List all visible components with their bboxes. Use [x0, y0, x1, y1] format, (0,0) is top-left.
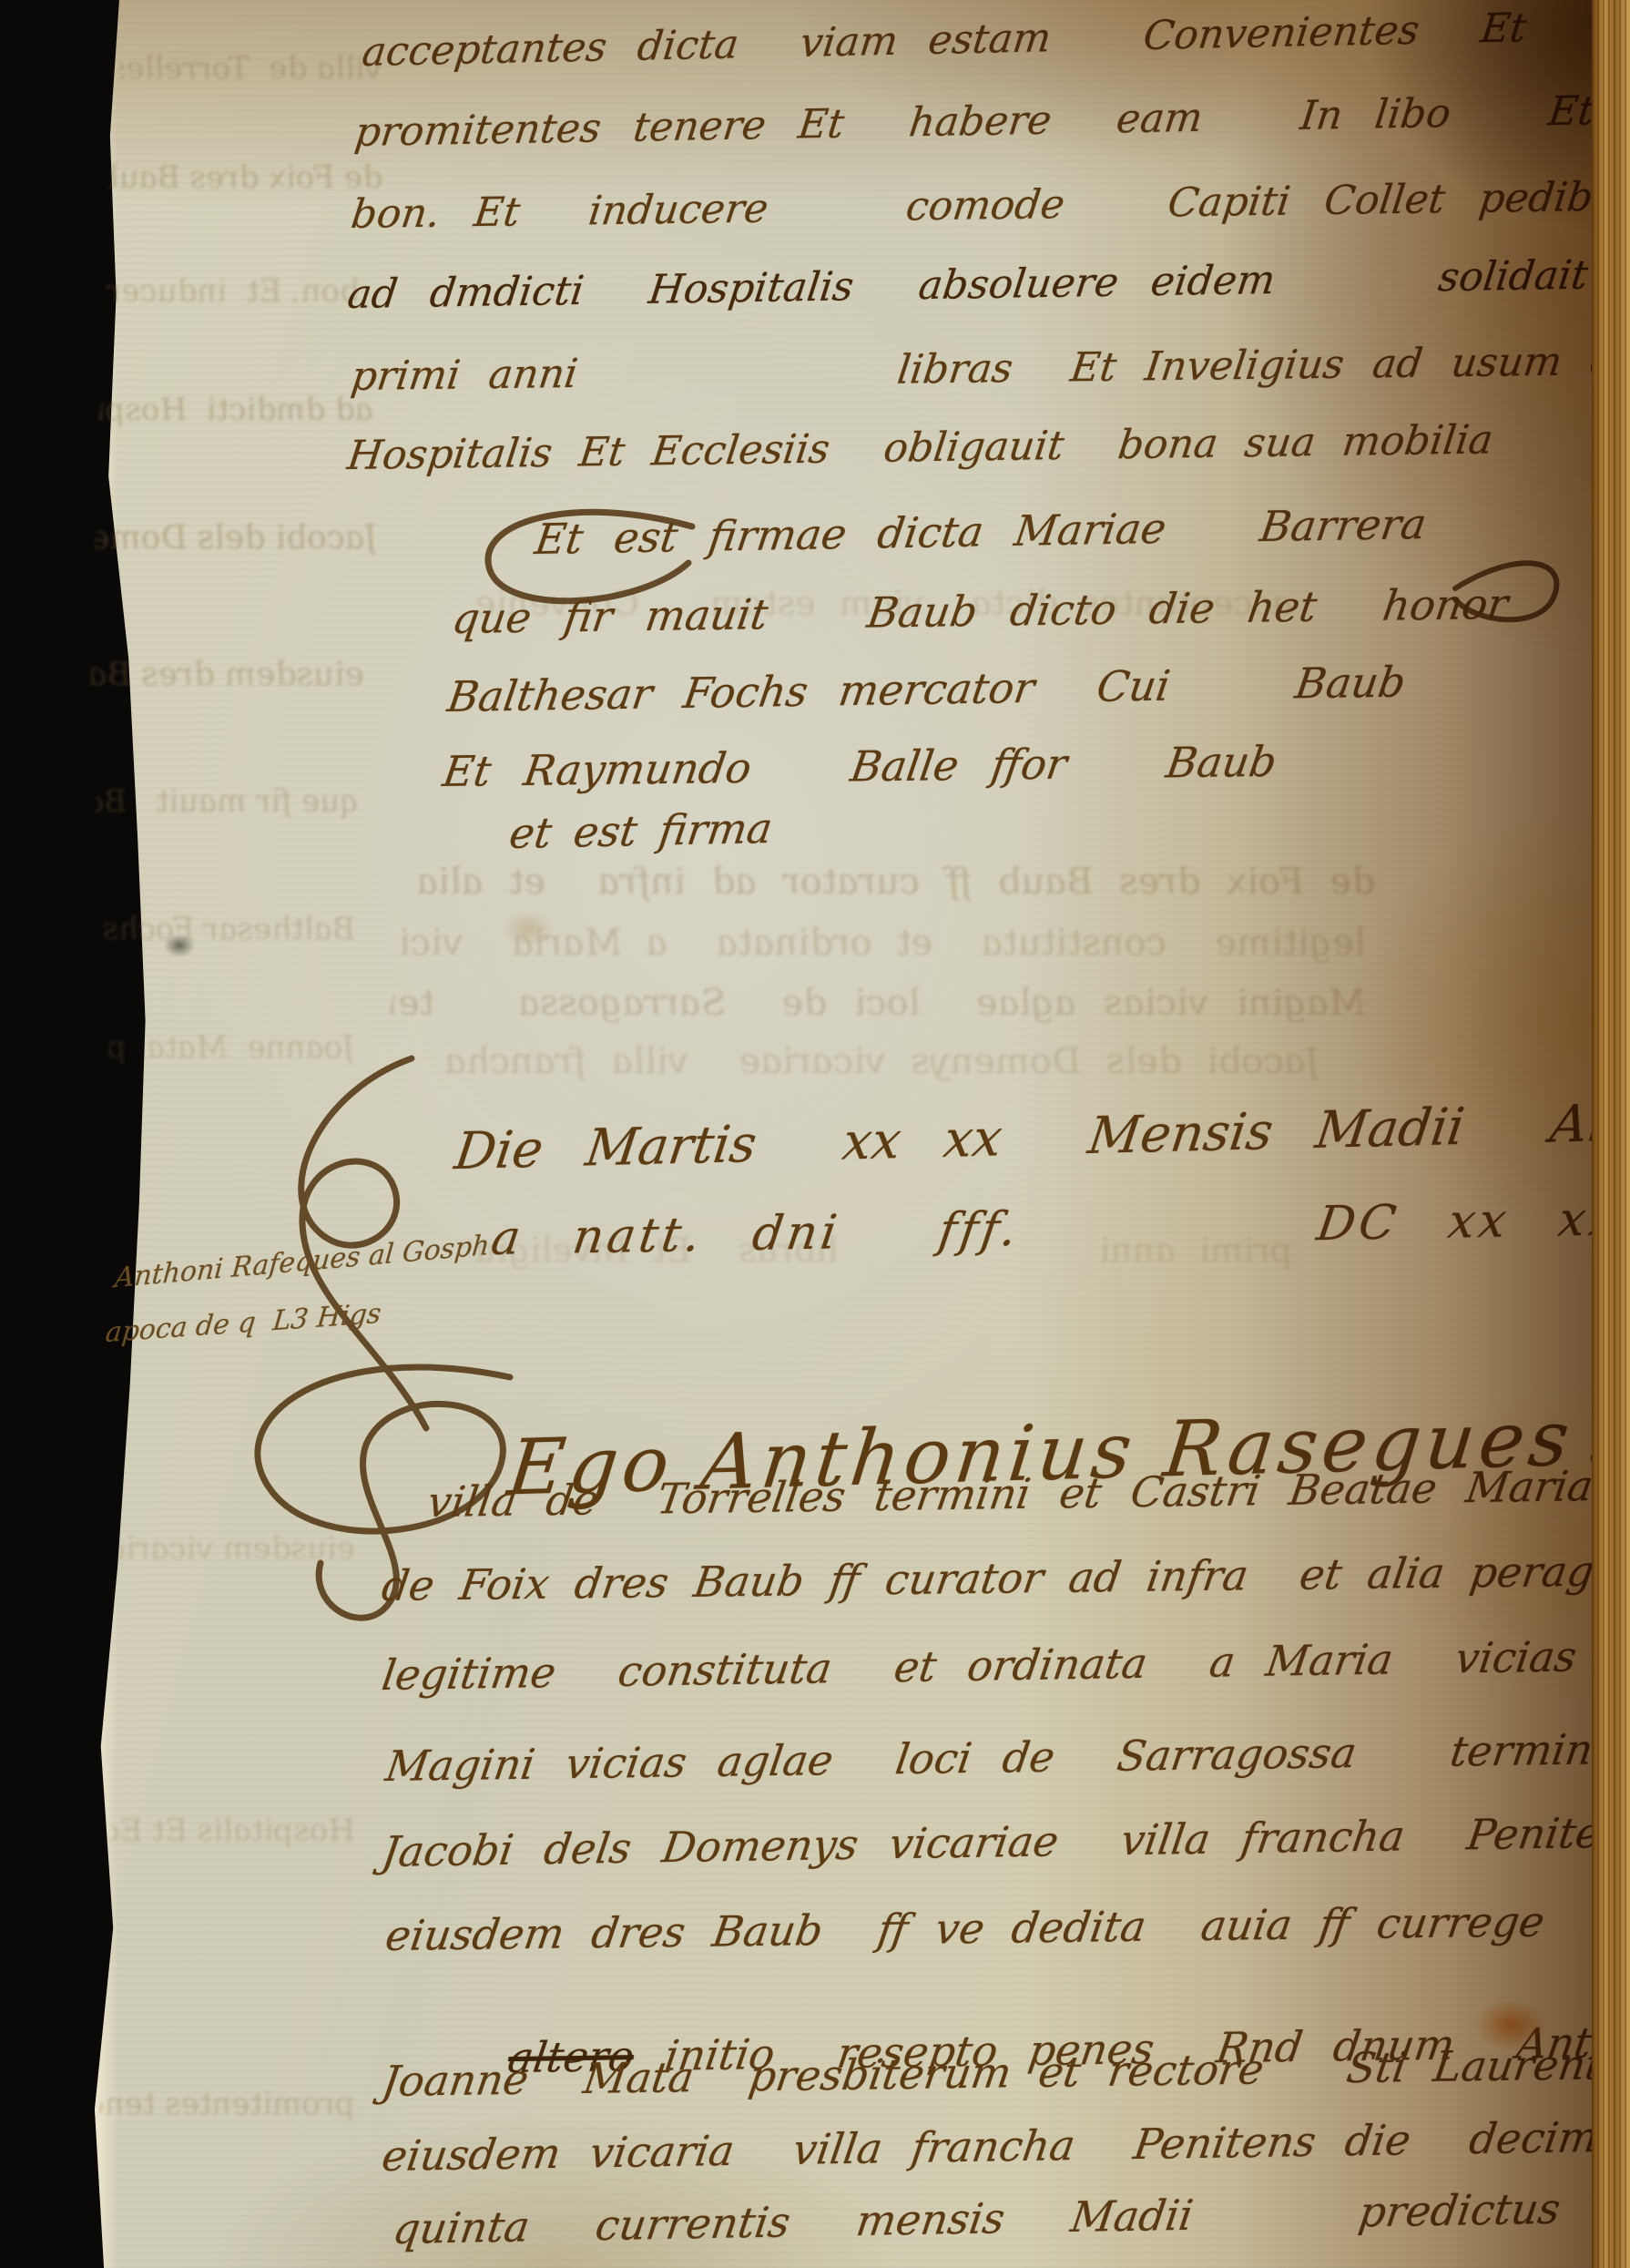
manuscript-line: Et Raymundo Balle ffor Baub: [440, 737, 1279, 796]
book-page-block-edge: [1592, 0, 1630, 2268]
manuscript-line: et est firma: [506, 803, 775, 858]
manuscript-photo: villa de Torrelles termini et Castri Bea…: [0, 0, 1630, 2268]
deckle-edge-highlight: [95, 0, 118, 2268]
